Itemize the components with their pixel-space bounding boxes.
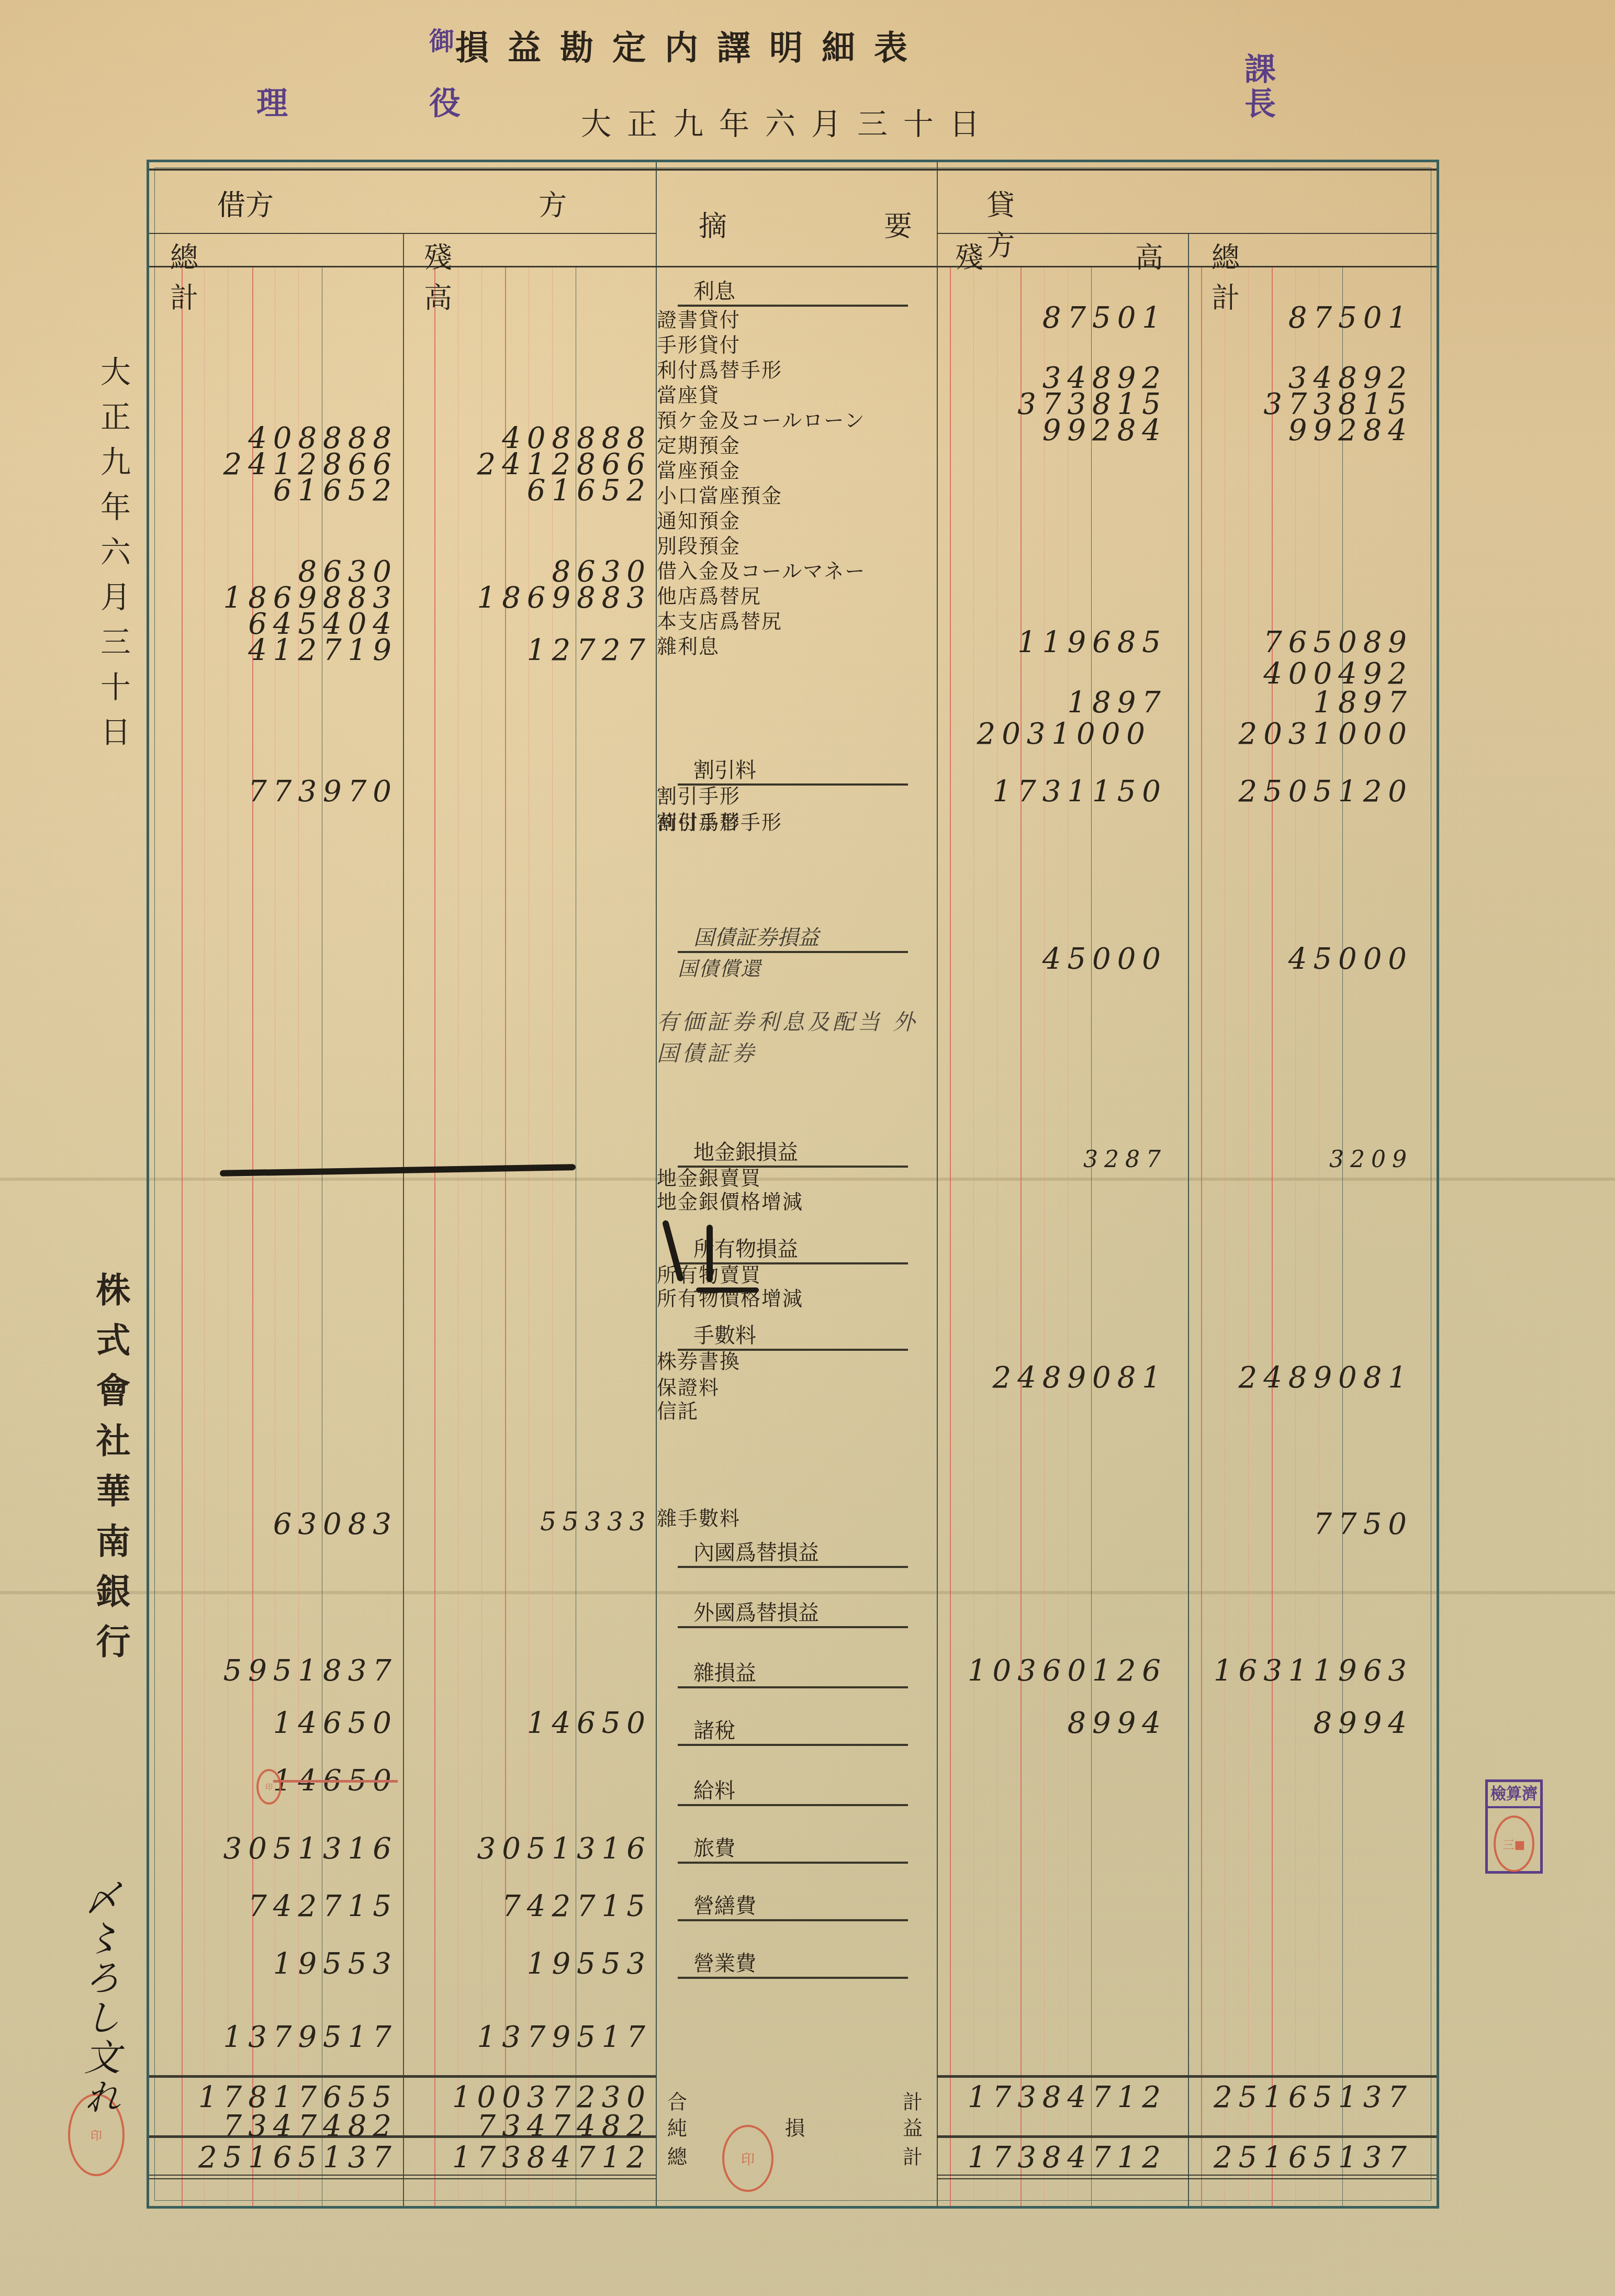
totals-grand-label: 總計 xyxy=(667,2141,924,2169)
ink-stroke xyxy=(696,1287,759,1293)
stamp-go: 御 xyxy=(429,21,454,57)
totals-sum-label: 合計 xyxy=(667,2086,924,2114)
cell-credit-total: 765089 xyxy=(1263,625,1413,659)
total-grand-credit-balance: 17384712 xyxy=(968,2141,1167,2175)
section-heading-misc: 雜損益 xyxy=(678,1656,908,1688)
cell-debit-balance: 55333 xyxy=(540,1507,652,1537)
row-label: 證書貸付 xyxy=(657,304,929,332)
section-heading-bonds: 国債証券損益 xyxy=(678,921,908,953)
header-debit-balance: 殘高 xyxy=(424,236,644,316)
cell-debit-total: 5951837 xyxy=(223,1654,398,1688)
total-sum-credit-balance: 17384712 xyxy=(968,2080,1167,2114)
section-heading-repairs: 營繕費 xyxy=(678,1889,908,1921)
cell-debit-balance: 742715 xyxy=(502,1889,652,1923)
row-label: 国債償還 xyxy=(678,953,887,981)
row-label: 所有物價格增減 xyxy=(657,1282,929,1311)
row-label: 割引手形 xyxy=(657,780,929,809)
stamp-kacho: 課長 xyxy=(1235,52,1280,121)
row-label: 預ケ金及コールローン xyxy=(657,404,929,433)
cell-credit-balance: 2031000 xyxy=(977,717,1151,751)
header-date: 大正九年六月三十日 xyxy=(581,99,995,143)
cell-debit-balance: 1379517 xyxy=(477,2020,652,2054)
cell-debit-total: 773970 xyxy=(248,775,398,809)
cell-debit-total: 61652 xyxy=(273,474,398,508)
cell-debit-balance: 12727 xyxy=(527,633,652,667)
col-divider xyxy=(403,233,404,2206)
row-label: 本支店爲替尻 xyxy=(657,605,929,634)
cell-credit-balance: 10360126 xyxy=(968,1654,1167,1688)
section-heading-travel: 旅費 xyxy=(678,1832,908,1864)
cell-credit-balance: 8994 xyxy=(1067,1706,1167,1740)
cell-debit-total: 19553 xyxy=(273,1947,398,1981)
cell-debit-total: 412719 xyxy=(248,633,398,667)
total-net-debit-total: 7347482 xyxy=(223,2109,398,2143)
section-heading-domestic-fx: 內國爲替損益 xyxy=(678,1536,908,1568)
check-stamp-seal: 三■ xyxy=(1494,1816,1534,1872)
cell-credit-balance: 99284 xyxy=(1042,413,1167,447)
section-heading-business: 營業費 xyxy=(678,1947,908,1979)
totals-net-label: 純損益 xyxy=(667,2112,924,2141)
row-label: 借入金及コールマネー xyxy=(657,555,929,584)
correction-seal: 印 xyxy=(256,1769,282,1805)
row-label: 利付爲替手形 xyxy=(657,354,929,383)
cell-credit-balance: 3287 xyxy=(1083,1146,1167,1173)
cell-credit-total: 2031000 xyxy=(1239,717,1413,751)
cell-credit-total: 2489081 xyxy=(1239,1361,1413,1395)
ink-stroke xyxy=(706,1225,713,1282)
cell-debit-total: 742715 xyxy=(248,1889,398,1923)
section-heading-salaries: 給料 xyxy=(678,1774,908,1806)
bank-name: 株式會社華南銀行 xyxy=(86,1272,134,1674)
row-label: 他店爲替尻 xyxy=(657,580,929,609)
cell-credit-balance: 2489081 xyxy=(993,1361,1167,1395)
row-label: 定期預金 xyxy=(657,429,929,458)
total-net-debit-balance: 7347482 xyxy=(477,2109,652,2143)
cell-debit-balance: 1869883 xyxy=(477,581,652,615)
cell-credit-total: 99284 xyxy=(1288,413,1413,447)
row-label: 地金銀價格增減 xyxy=(657,1185,929,1214)
cell-debit-balance: 3051316 xyxy=(477,1832,652,1866)
row-label: 當座預金 xyxy=(657,454,929,483)
row-label: 小口當座預金 xyxy=(657,479,929,508)
total-grand-credit-total: 25165137 xyxy=(1214,2141,1413,2175)
cell-credit-balance: 87501 xyxy=(1042,301,1167,335)
cell-credit-total: 45000 xyxy=(1288,942,1413,976)
section-heading-foreign-fx: 外國爲替損益 xyxy=(678,1596,908,1628)
check-stamp: 檢算濟 三■ xyxy=(1485,1779,1543,1874)
cell-credit-balance: 45000 xyxy=(1042,942,1167,976)
row-label: 雜手數料 xyxy=(657,1502,929,1531)
stamp-ri: 理 xyxy=(256,79,288,124)
cell-credit-total: 2505120 xyxy=(1239,775,1413,809)
row-label: 通知預金 xyxy=(657,505,929,533)
total-grand-debit-balance: 17384712 xyxy=(452,2141,652,2175)
cell-debit-total-struck: 14650 xyxy=(273,1764,398,1798)
section-heading-interest: 利息 xyxy=(678,275,908,307)
signature: 〆〻ろし文れ xyxy=(73,1879,126,2118)
cell-credit-total: 7750 xyxy=(1313,1507,1413,1541)
row-label: 手形貸付 xyxy=(657,329,929,357)
cell-debit-total: 63083 xyxy=(273,1507,398,1541)
row-label: 株券書換 xyxy=(657,1345,929,1374)
side-date: 大正九年六月三十日 xyxy=(89,356,137,761)
cell-debit-total: 1379517 xyxy=(223,2020,398,2054)
row-label: 當座貸 xyxy=(657,379,929,408)
cell-credit-balance: 119685 xyxy=(1017,625,1167,659)
total-grand-debit-total: 25165137 xyxy=(198,2141,398,2175)
cell-credit-total: 1897 xyxy=(1313,686,1413,720)
col-divider xyxy=(937,162,938,2206)
row-label: 別段預金 xyxy=(657,530,929,558)
document-title: 損益勘定内譯明細表 xyxy=(455,21,926,69)
section-heading-taxes: 諸稅 xyxy=(678,1714,908,1746)
cell-credit-total: 3209 xyxy=(1329,1146,1413,1173)
header-debit-text: 借方 xyxy=(217,183,860,223)
stamp-yaku: 役 xyxy=(429,79,461,124)
cell-debit-total: 3051316 xyxy=(223,1832,398,1866)
header-debit-total: 總計 xyxy=(170,236,390,316)
cell-credit-balance: 1731150 xyxy=(993,775,1167,809)
cell-debit-balance: 61652 xyxy=(527,474,652,508)
cell-debit-total: 14650 xyxy=(273,1706,398,1740)
col-divider xyxy=(1188,233,1189,2206)
total-sum-credit-total: 25165137 xyxy=(1214,2080,1413,2114)
cell-credit-total: 87501 xyxy=(1288,301,1413,335)
cell-credit-balance: 1897 xyxy=(1067,686,1167,720)
cell-debit-balance: 19553 xyxy=(527,1947,652,1981)
check-stamp-label: 檢算濟 xyxy=(1488,1782,1540,1808)
approval-seal: 印 xyxy=(722,2125,773,2192)
pencil-note: 有価証券利息及配当 外国債証券 xyxy=(657,1005,929,1068)
cell-credit-total: 8994 xyxy=(1313,1706,1413,1740)
row-label: 荷付爲替手形 xyxy=(657,806,929,835)
cell-debit-balance: 14650 xyxy=(527,1706,652,1740)
cell-credit-total: 16311963 xyxy=(1214,1654,1413,1688)
row-label: 雜利息 xyxy=(657,630,929,659)
row-label: 信託 xyxy=(657,1395,929,1424)
